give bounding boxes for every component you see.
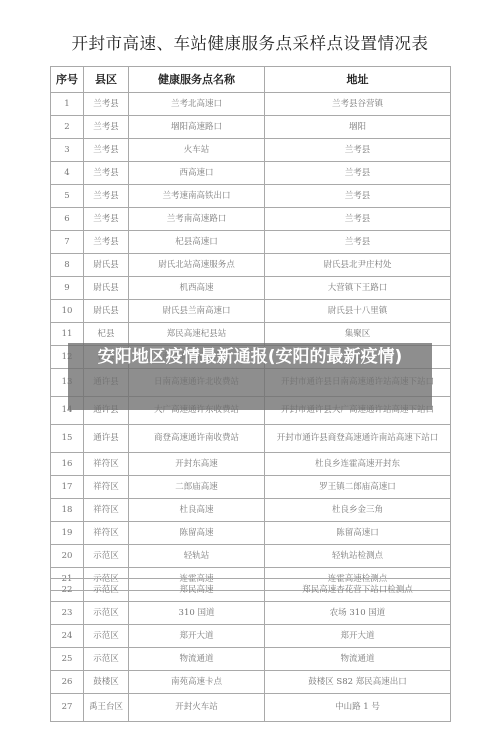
cell-no: 20 [51, 545, 84, 568]
cell-no: 27 [51, 694, 84, 722]
cell-district: 兰考县 [84, 139, 129, 162]
cell-no: 5 [51, 185, 84, 208]
table-row: 26鼓楼区南苑高速卡点鼓楼区 S82 郑民高速出口 [51, 671, 451, 694]
cell-name: 物流通道 [129, 648, 265, 671]
document-title: 开封市高速、车站健康服务点采样点设置情况表 [0, 30, 500, 54]
table-row: 25示范区物流通道物流通道 [51, 648, 451, 671]
cell-district: 兰考县 [84, 231, 129, 254]
cell-address: 尉氏县十八里镇 [265, 300, 451, 323]
cell-no: 8 [51, 254, 84, 277]
cell-no: 7 [51, 231, 84, 254]
cell-address: 郑开大道 [265, 625, 451, 648]
cell-district: 尉氏县 [84, 277, 129, 300]
table-row: 22示范区郑民高速郑民高速杏花营下站口检测点 [51, 579, 451, 602]
cell-district: 兰考县 [84, 116, 129, 139]
table-body-part1: 1兰考县兰考北高速口兰考县谷营镇2兰考县堌阳高速路口堌阳3兰考县火车站兰考县4兰… [51, 93, 451, 591]
table-row: 15通许县商登高速通许南收费站开封市通许县商登高速通许南站高速下站口 [51, 425, 451, 453]
cell-name: 西高速口 [129, 162, 265, 185]
cell-address: 罗王镇二郎庙高速口 [265, 476, 451, 499]
headline-overlay-text: 安阳地区疫情最新通报(安阳的最新疫情) [68, 345, 432, 369]
cell-no: 23 [51, 602, 84, 625]
cell-district: 示范区 [84, 579, 129, 602]
header-district: 县区 [84, 67, 129, 93]
cell-district: 祥符区 [84, 453, 129, 476]
cell-address: 兰考县 [265, 185, 451, 208]
cell-address: 农场 310 国道 [265, 602, 451, 625]
cell-no: 1 [51, 93, 84, 116]
cell-no: 18 [51, 499, 84, 522]
cell-no: 15 [51, 425, 84, 453]
cell-district: 祥符区 [84, 522, 129, 545]
cell-district: 通许县 [84, 425, 129, 453]
header-address: 地址 [265, 67, 451, 93]
cell-name: 二郎庙高速 [129, 476, 265, 499]
cell-address: 杜良乡连霍高速开封东 [265, 453, 451, 476]
cell-address: 杜良乡金三角 [265, 499, 451, 522]
table-row: 16祥符区开封东高速杜良乡连霍高速开封东 [51, 453, 451, 476]
cell-name: 轻轨站 [129, 545, 265, 568]
table-row: 6兰考县兰考南高速路口兰考县 [51, 208, 451, 231]
cell-district: 兰考县 [84, 208, 129, 231]
cell-no: 26 [51, 671, 84, 694]
cell-name: 开封火车站 [129, 694, 265, 722]
cell-address: 堌阳 [265, 116, 451, 139]
table-row: 24示范区郑开大道郑开大道 [51, 625, 451, 648]
cell-address: 中山路 1 号 [265, 694, 451, 722]
cell-name: 开封东高速 [129, 453, 265, 476]
cell-address: 开封市通许县商登高速通许南站高速下站口 [265, 425, 451, 453]
cell-district: 示范区 [84, 602, 129, 625]
cell-name: 郑民高速 [129, 579, 265, 602]
cell-address: 鼓楼区 S82 郑民高速出口 [265, 671, 451, 694]
cell-address: 物流通道 [265, 648, 451, 671]
cell-no: 22 [51, 579, 84, 602]
table-row: 3兰考县火车站兰考县 [51, 139, 451, 162]
table-row: 7兰考县杞县高速口兰考县 [51, 231, 451, 254]
cell-no: 24 [51, 625, 84, 648]
cell-district: 尉氏县 [84, 300, 129, 323]
cell-no: 16 [51, 453, 84, 476]
table-row: 10尉氏县尉氏县兰南高速口尉氏县十八里镇 [51, 300, 451, 323]
cell-district: 示范区 [84, 545, 129, 568]
cell-district: 尉氏县 [84, 254, 129, 277]
cell-no: 3 [51, 139, 84, 162]
cell-address: 陈留高速口 [265, 522, 451, 545]
cell-name: 堌阳高速路口 [129, 116, 265, 139]
cell-name: 兰考速南高铁出口 [129, 185, 265, 208]
cell-no: 9 [51, 277, 84, 300]
cell-no: 10 [51, 300, 84, 323]
cell-district: 兰考县 [84, 185, 129, 208]
cell-no: 25 [51, 648, 84, 671]
cell-district: 祥符区 [84, 499, 129, 522]
table-header-row: 序号 县区 健康服务点名称 地址 [51, 67, 451, 93]
cell-name: 陈留高速 [129, 522, 265, 545]
cell-address: 兰考县 [265, 208, 451, 231]
table-row: 18祥符区杜良高速杜良乡金三角 [51, 499, 451, 522]
cell-address: 郑民高速杏花营下站口检测点 [265, 579, 451, 602]
cell-name: 杞县高速口 [129, 231, 265, 254]
cell-name: 兰考南高速路口 [129, 208, 265, 231]
cell-address: 大营镇下王路口 [265, 277, 451, 300]
table-row: 27禹王台区开封火车站中山路 1 号 [51, 694, 451, 722]
cell-name: 商登高速通许南收费站 [129, 425, 265, 453]
table-row: 8尉氏县尉氏北站高速服务点尉氏县北尹庄村处 [51, 254, 451, 277]
cell-district: 示范区 [84, 648, 129, 671]
cell-district: 禹王台区 [84, 694, 129, 722]
cell-name: 杜良高速 [129, 499, 265, 522]
cell-name: 南苑高速卡点 [129, 671, 265, 694]
cell-name: 尉氏北站高速服务点 [129, 254, 265, 277]
table-row: 1兰考县兰考北高速口兰考县谷营镇 [51, 93, 451, 116]
table-row: 19祥符区陈留高速陈留高速口 [51, 522, 451, 545]
cell-address: 兰考县 [265, 162, 451, 185]
table-row: 5兰考县兰考速南高铁出口兰考县 [51, 185, 451, 208]
table-row: 2兰考县堌阳高速路口堌阳 [51, 116, 451, 139]
header-name: 健康服务点名称 [129, 67, 265, 93]
sampling-points-table-part1: 序号 县区 健康服务点名称 地址 1兰考县兰考北高速口兰考县谷营镇2兰考县堌阳高… [50, 66, 451, 591]
cell-address: 尉氏县北尹庄村处 [265, 254, 451, 277]
table-row: 17祥符区二郎庙高速罗王镇二郎庙高速口 [51, 476, 451, 499]
cell-name: 兰考北高速口 [129, 93, 265, 116]
cell-name: 尉氏县兰南高速口 [129, 300, 265, 323]
cell-district: 兰考县 [84, 162, 129, 185]
cell-name: 机西高速 [129, 277, 265, 300]
cell-name: 310 国道 [129, 602, 265, 625]
cell-district: 鼓楼区 [84, 671, 129, 694]
cell-address: 兰考县谷营镇 [265, 93, 451, 116]
cell-address: 轻轨站检测点 [265, 545, 451, 568]
cell-no: 4 [51, 162, 84, 185]
cell-no: 6 [51, 208, 84, 231]
cell-name: 郑开大道 [129, 625, 265, 648]
table-row: 9尉氏县机西高速大营镇下王路口 [51, 277, 451, 300]
table-row: 20示范区轻轨站轻轨站检测点 [51, 545, 451, 568]
header-no: 序号 [51, 67, 84, 93]
table-body-part2: 22示范区郑民高速郑民高速杏花营下站口检测点23示范区310 国道农场 310 … [51, 579, 451, 722]
cell-district: 祥符区 [84, 476, 129, 499]
table-row: 4兰考县西高速口兰考县 [51, 162, 451, 185]
table-row: 23示范区310 国道农场 310 国道 [51, 602, 451, 625]
cell-address: 兰考县 [265, 231, 451, 254]
cell-no: 17 [51, 476, 84, 499]
cell-no: 2 [51, 116, 84, 139]
cell-no: 19 [51, 522, 84, 545]
cell-district: 示范区 [84, 625, 129, 648]
sampling-points-table-part2: 22示范区郑民高速郑民高速杏花营下站口检测点23示范区310 国道农场 310 … [50, 578, 451, 722]
cell-district: 兰考县 [84, 93, 129, 116]
cell-address: 兰考县 [265, 139, 451, 162]
cell-name: 火车站 [129, 139, 265, 162]
